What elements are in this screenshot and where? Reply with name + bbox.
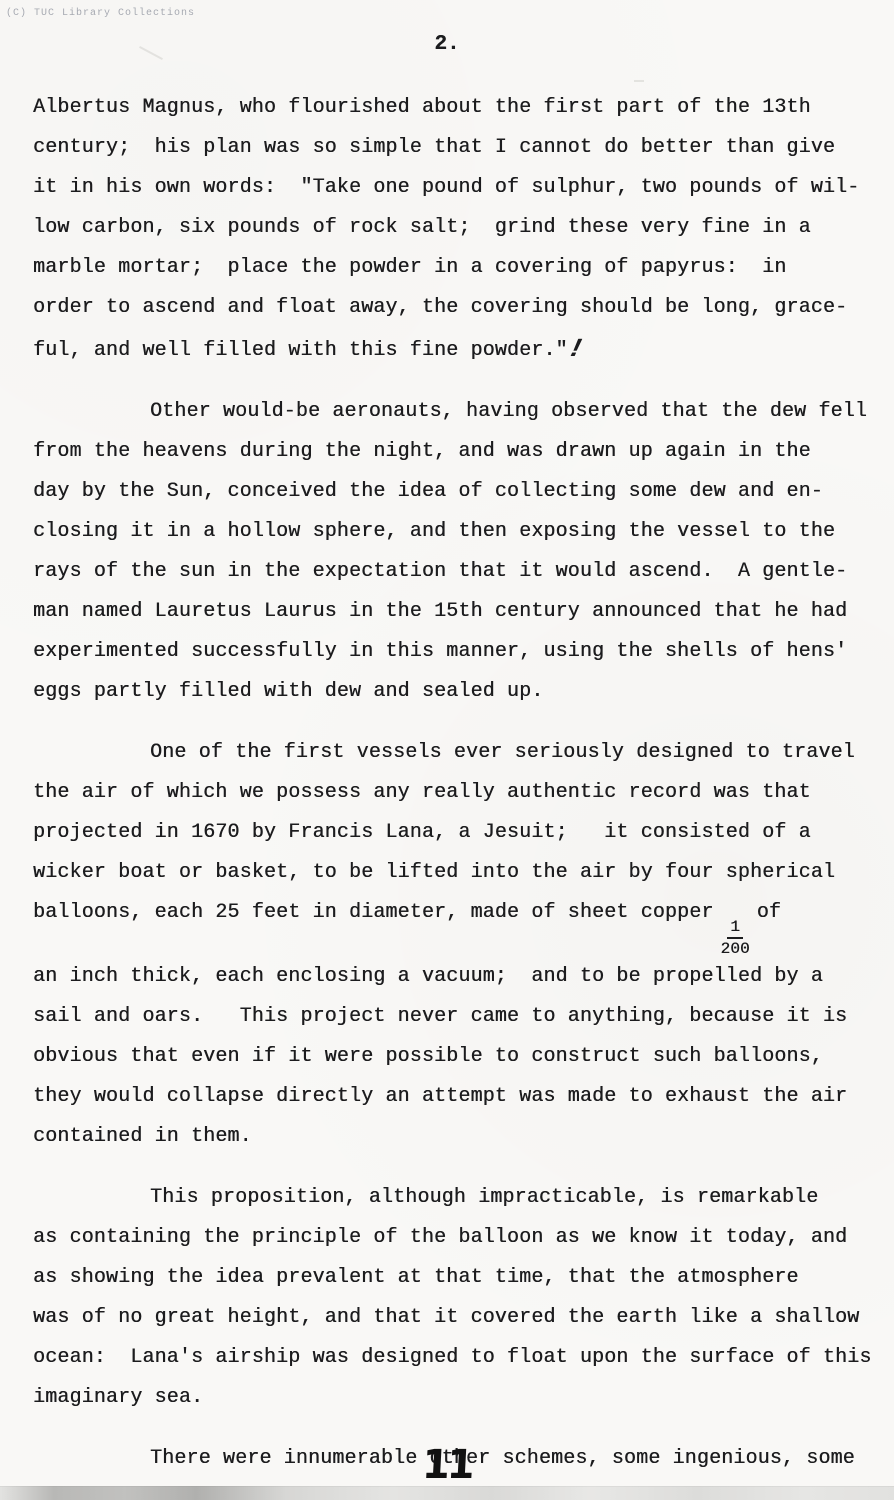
text-line: projected in 1670 by Francis Lana, a Jes… xyxy=(33,813,878,853)
body-text: Albertus Magnus, who flourished about th… xyxy=(33,88,878,1479)
paragraph: This proposition, although impracticable… xyxy=(33,1178,878,1418)
text-line: day by the Sun, conceived the idea of co… xyxy=(33,472,878,512)
text-line: closing it in a hollow sphere, and then … xyxy=(33,512,878,552)
text-line: century; his plan was so simple that I c… xyxy=(33,128,878,168)
text-line: imaginary sea. xyxy=(33,1378,878,1418)
text-line: marble mortar; place the powder in a cov… xyxy=(33,248,878,288)
page-number: 2. xyxy=(0,33,894,56)
text-line: This proposition, although impracticable… xyxy=(33,1178,878,1218)
text-line: obvious that even if it were possible to… xyxy=(33,1037,878,1077)
text-line: ful, and well filled with this fine powd… xyxy=(33,328,878,371)
text-line: the air of which we possess any really a… xyxy=(33,773,878,813)
text-line: sail and oars. This project never came t… xyxy=(33,997,878,1037)
text-line: experimented successfully in this manner… xyxy=(33,632,878,672)
text-line: Other would-be aeronauts, having observe… xyxy=(33,392,878,432)
text-line: One of the first vessels ever seriously … xyxy=(33,733,878,773)
document-page: (C) TUC Library Collections 2. Albertus … xyxy=(0,0,894,1500)
inline-fraction: 1200 xyxy=(721,919,750,957)
text-line: order to ascend and float away, the cove… xyxy=(33,288,878,328)
text-line: they would collapse directly an attempt … xyxy=(33,1077,878,1117)
text-line: as showing the idea prevalent at that ti… xyxy=(33,1258,878,1298)
text-line: contained in them. xyxy=(33,1117,878,1157)
text-line: eggs partly filled with dew and sealed u… xyxy=(33,672,878,712)
scan-smudge xyxy=(634,80,644,82)
paragraph: One of the first vessels ever seriously … xyxy=(33,733,878,1157)
text-line: was of no great height, and that it cove… xyxy=(33,1298,878,1338)
text-line: from the heavens during the night, and w… xyxy=(33,432,878,472)
text-line: wicker boat or basket, to be lifted into… xyxy=(33,853,878,893)
scan-edge-artifact xyxy=(0,1486,894,1500)
text-line: ocean: Lana's airship was designed to fl… xyxy=(33,1338,878,1378)
text-line: rays of the sun in the expectation that … xyxy=(33,552,878,592)
handwritten-page-mark: 11 xyxy=(0,1442,894,1488)
paragraph: Albertus Magnus, who flourished about th… xyxy=(33,88,878,371)
text-line: balloons, each 25 feet in diameter, made… xyxy=(33,893,878,957)
text-line: Albertus Magnus, who flourished about th… xyxy=(33,88,878,128)
text-line: as containing the principle of the ballo… xyxy=(33,1218,878,1258)
paragraph: Other would-be aeronauts, having observe… xyxy=(33,392,878,712)
text-line: an inch thick, each enclosing a vacuum; … xyxy=(33,957,878,997)
text-line: man named Lauretus Laurus in the 15th ce… xyxy=(33,592,878,632)
text-line: low carbon, six pounds of rock salt; gri… xyxy=(33,208,878,248)
watermark: (C) TUC Library Collections xyxy=(6,8,195,19)
text-line: it in his own words: "Take one pound of … xyxy=(33,168,878,208)
